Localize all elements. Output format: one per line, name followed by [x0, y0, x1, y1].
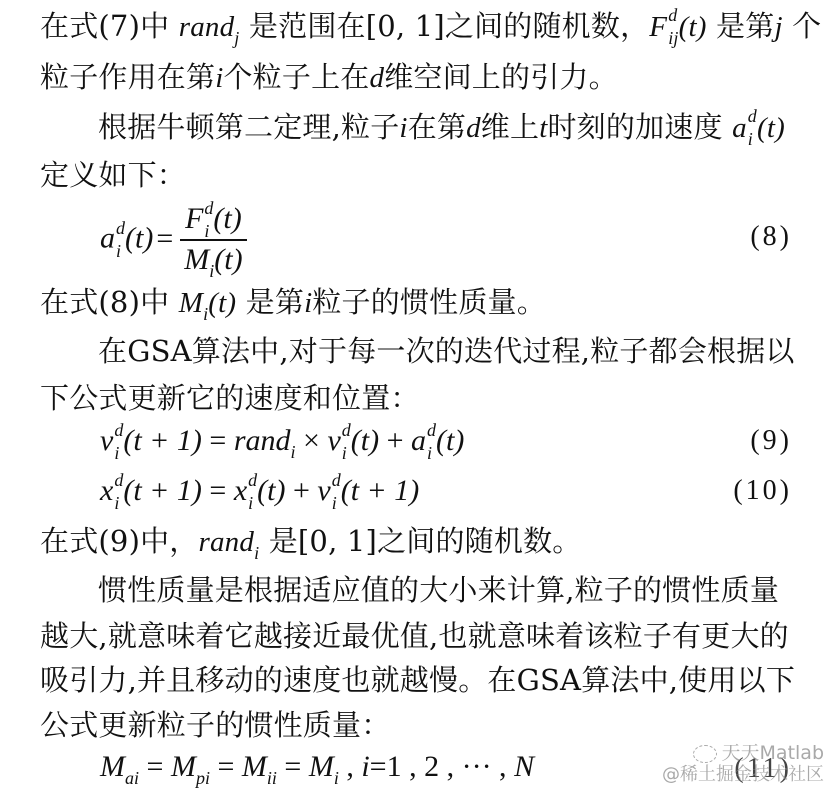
math-supsub: di — [427, 423, 436, 459]
sub: ai — [125, 768, 139, 788]
text: 个 — [783, 9, 822, 43]
math-i: i — [361, 750, 369, 783]
sub: ij — [668, 29, 678, 47]
math-F: F — [185, 202, 203, 235]
math-arg: (t) — [213, 202, 241, 235]
equation-11: Mai = Mpi = Mii = Mi , i=1 , 2 , ··· , N — [100, 750, 534, 787]
sub: i — [427, 444, 436, 462]
text-line-11: 吸引力,并且移动的速度也就越慢。在GSA算法中,使用以下 — [40, 663, 796, 697]
sub: i — [254, 543, 259, 563]
math-a: a — [411, 424, 426, 457]
sup: d — [668, 6, 678, 24]
math-rand: rand — [179, 11, 235, 43]
math-supsub: di — [748, 109, 757, 145]
math-i: i — [399, 112, 407, 144]
sup: d — [748, 107, 757, 125]
text: 是第 — [236, 285, 304, 319]
text-line-10: 越大,就意味着它越接近最优值,也就意味着该粒子有更大的 — [40, 619, 796, 653]
math-M: M — [100, 750, 125, 783]
math-M: M — [179, 287, 203, 319]
sub: pi — [196, 768, 210, 788]
text: 公式更新粒子的惯性质量： — [40, 708, 390, 742]
equals-sign: = — [139, 750, 171, 783]
math-supsub: di — [342, 423, 351, 459]
math-a: a — [732, 112, 747, 144]
sup: d — [116, 219, 125, 237]
text-line-5: 在式(8)中 Mi(t) 是第i粒子的惯性质量。 — [40, 285, 796, 323]
sub: i — [248, 494, 257, 512]
math-rand: rand — [198, 526, 254, 558]
math-arg: (t) — [351, 424, 379, 457]
text: 惯性质量是根据适应值的大小来计算,粒子的惯性质量 — [98, 573, 779, 607]
math-arg: (t) — [125, 222, 153, 255]
numerator: Fdi(t) — [181, 200, 246, 239]
math-arg: (t) — [208, 287, 236, 319]
text: 根据牛顿第二定理,粒子 — [98, 110, 399, 144]
math-supsub: dij — [668, 8, 678, 44]
math-rand: rand — [234, 424, 291, 457]
text: 维上 — [481, 110, 539, 144]
math-d: d — [369, 62, 384, 94]
watermark-line-1: 天天Matlab — [662, 742, 824, 764]
equals-sign: = — [277, 750, 309, 783]
math-arg: (t + 1) — [123, 424, 202, 457]
text: 在式(8)中 — [40, 285, 179, 319]
text: 在第 — [408, 110, 466, 144]
math-supsub: di — [116, 221, 125, 257]
watermark-brand: 天天Matlab — [722, 742, 824, 764]
sub: i — [114, 444, 123, 462]
sup: d — [114, 421, 123, 439]
plus-sign: + — [379, 424, 411, 457]
sub: i — [291, 442, 296, 462]
equals-sign: = — [202, 424, 234, 457]
sup: d — [248, 471, 257, 489]
text: 时刻的加速度 — [547, 110, 732, 144]
sup: d — [332, 471, 341, 489]
text: 在式(9)中， — [40, 524, 198, 558]
math-supsub: di — [204, 201, 213, 237]
text: 是[0, 1]之间的随机数。 — [259, 524, 581, 558]
equation-9: vdi(t + 1) = randi × vdi(t) + adi(t) — [100, 424, 464, 461]
math-arg: (t) — [436, 424, 464, 457]
text: 粒子的惯性质量。 — [312, 285, 546, 319]
math-F: F — [649, 11, 667, 43]
text: 在GSA算法中,对于每一次的迭代过程,粒子都会根据以 — [98, 334, 795, 368]
math-arg: (t + 1) — [341, 474, 420, 507]
denominator: Mi(t) — [180, 241, 246, 282]
math-arg: (t) — [757, 112, 785, 144]
equation-10: xdi(t + 1) = xdi(t) + vdi(t + 1) — [100, 474, 419, 511]
sub: i — [209, 261, 214, 281]
text: 个粒子上在 — [223, 60, 369, 94]
math-j: j — [774, 11, 782, 43]
watermark: 天天Matlab @稀土掘金技术社区 — [662, 742, 824, 786]
sup: d — [342, 421, 351, 439]
math-M: M — [309, 750, 334, 783]
text-line-2: 粒子作用在第i个粒子上在d维空间上的引力。 — [40, 60, 796, 95]
wechat-icon — [693, 745, 717, 763]
text: 是范围在[0, 1]之间的随机数， — [240, 9, 650, 43]
math-v: v — [317, 474, 330, 507]
equation-8: adi(t)=Fdi(t)Mi(t) — [100, 200, 247, 282]
text: 维空间上的引力。 — [384, 60, 618, 94]
text-line-7: 下公式更新它的速度和位置： — [40, 381, 796, 415]
sub: i — [116, 242, 125, 260]
text-line-3: 根据牛顿第二定理,粒子i在第d维上t时刻的加速度 adi(t) — [98, 110, 796, 147]
math-x: x — [100, 474, 113, 507]
fraction: Fdi(t)Mi(t) — [180, 200, 246, 282]
math-arg: (t) — [257, 474, 285, 507]
math-supsub: di — [114, 473, 123, 509]
math-arg: (t) — [679, 11, 707, 43]
text: 吸引力,并且移动的速度也就越慢。在GSA算法中,使用以下 — [40, 663, 795, 697]
math-N: N — [514, 750, 534, 783]
sub: i — [114, 494, 123, 512]
math-subscript: j — [234, 28, 239, 48]
text: 下公式更新它的速度和位置： — [40, 381, 420, 415]
math-supsub: di — [332, 473, 341, 509]
math-M: M — [184, 243, 209, 276]
text: 粒子作用在第 — [40, 60, 215, 94]
equals-sign: = — [210, 750, 242, 783]
text-line-8: 在式(9)中，randi 是[0, 1]之间的随机数。 — [40, 524, 796, 562]
math-d: d — [466, 112, 481, 144]
text-line-1: 在式(7)中 randj 是范围在[0, 1]之间的随机数，Fdij(t) 是第… — [40, 9, 796, 47]
text-line-9: 惯性质量是根据适应值的大小来计算,粒子的惯性质量 — [98, 573, 796, 607]
sub: i — [748, 130, 757, 148]
sub: i — [342, 444, 351, 462]
equation-number-8: (8) — [750, 220, 792, 254]
sub: ii — [267, 768, 277, 788]
equals-sign: = — [156, 222, 173, 255]
text-line-4: 定义如下： — [40, 158, 796, 192]
sup: d — [204, 199, 213, 217]
sub: i — [204, 222, 213, 240]
math-v: v — [100, 424, 113, 457]
text-line-6: 在GSA算法中,对于每一次的迭代过程,粒子都会根据以 — [98, 334, 796, 368]
text-line-12: 公式更新粒子的惯性质量： — [40, 708, 796, 742]
sub: i — [203, 304, 208, 324]
math-x: x — [234, 474, 247, 507]
plus-sign: + — [285, 474, 317, 507]
math-supsub: di — [114, 423, 123, 459]
text: 越大,就意味着它越接近最优值,也就意味着该粒子有更大的 — [40, 619, 789, 653]
watermark-line-2: @稀土掘金技术社区 — [662, 764, 824, 786]
text: 定义如下： — [40, 158, 186, 192]
sup: d — [427, 421, 436, 439]
math-M: M — [242, 750, 267, 783]
sub: i — [332, 494, 341, 512]
times-sign: × — [296, 424, 328, 457]
index-range: =1 , 2 , ··· , — [370, 750, 514, 783]
sup: d — [114, 471, 123, 489]
equals-sign: = — [202, 474, 234, 507]
text: 是第 — [707, 9, 775, 43]
math-a: a — [100, 222, 115, 255]
comma: , — [339, 750, 362, 783]
math-v: v — [327, 424, 340, 457]
math-arg: (t + 1) — [123, 474, 202, 507]
text: 在式(7)中 — [40, 9, 179, 43]
sub: i — [334, 768, 339, 788]
math-arg: (t) — [214, 243, 242, 276]
equation-number-10: (10) — [733, 474, 792, 508]
math-supsub: di — [248, 473, 257, 509]
equation-number-9: (9) — [750, 424, 792, 458]
math-M: M — [171, 750, 196, 783]
